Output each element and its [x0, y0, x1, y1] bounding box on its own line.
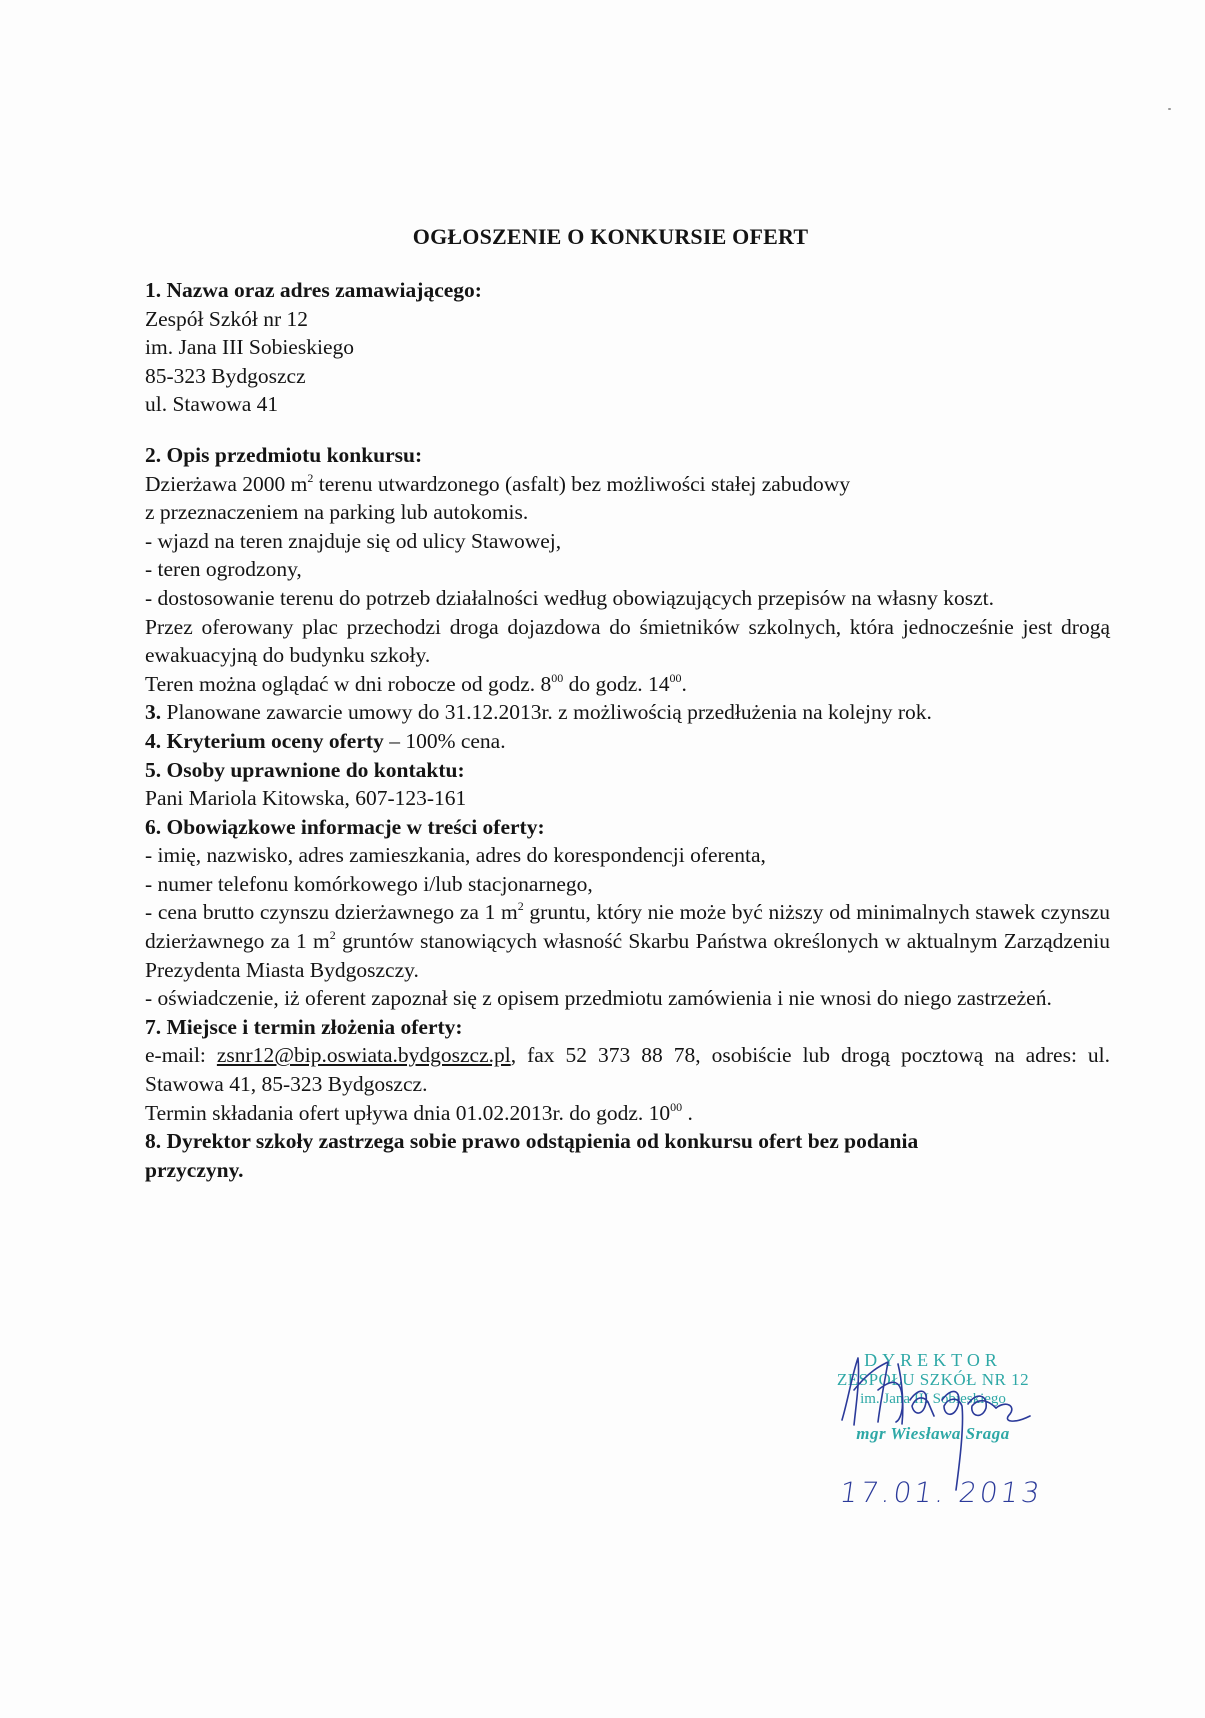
submission-deadline: Termin składania ofert upływa dnia 01.02… [145, 1099, 1110, 1128]
section-4-heading: 4. Kryterium oceny oferty [145, 729, 384, 753]
handwritten-date: 17.01. 2013 [838, 1476, 1045, 1509]
scan-speck [1168, 108, 1171, 110]
requirement-item: - numer telefonu komórkowego i/lub stacj… [145, 870, 1110, 899]
address-line: 85-323 Bydgoszcz [145, 362, 1110, 391]
submission-contact: e-mail: zsnr12@bip.oswiata.bydgoszcz.pl,… [145, 1041, 1110, 1098]
section-2-heading: 2. Opis przedmiotu konkursu: [145, 441, 1110, 470]
section-5-heading: 5. Osoby uprawnione do kontaktu: [145, 756, 1110, 785]
address-line: im. Jana III Sobieskiego [145, 333, 1110, 362]
section-1-heading: 1. Nazwa oraz adres zamawiającego: [145, 276, 1110, 305]
email-label: e-mail: [145, 1043, 217, 1067]
section-3-number: 3. [145, 700, 161, 724]
lease-description: Dzierżawa 2000 m2 terenu utwardzonego (a… [145, 470, 1110, 499]
viewing-text: do godz. 14 [563, 672, 669, 696]
contact-person: Pani Mariola Kitowska, 607-123-161 [145, 784, 1110, 813]
email-link[interactable]: zsnr12@bip.oswiata.bydgoszcz.pl [217, 1043, 511, 1067]
lease-purpose: z przeznaczeniem na parking lub autokomi… [145, 498, 1110, 527]
road-note: Przez oferowany plac przechodzi droga do… [145, 613, 1110, 670]
section-3-text: Planowane zawarcie umowy do 31.12.2013r.… [161, 700, 932, 724]
section-7-heading: 7. Miejsce i termin złożenia oferty: [145, 1013, 1110, 1042]
superscript: 00 [551, 671, 563, 685]
requirement-item: - imię, nazwisko, adres zamieszkania, ad… [145, 841, 1110, 870]
address-line: Zespół Szkół nr 12 [145, 305, 1110, 334]
document-page: OGŁOSZENIE O KONKURSIE OFERT 1. Nazwa or… [0, 0, 1205, 1718]
section-6-heading: 6. Obowiązkowe informacje w treści ofert… [145, 813, 1110, 842]
document-body: 1. Nazwa oraz adres zamawiającego: Zespó… [145, 276, 1110, 1184]
deadline-text: . [682, 1101, 693, 1125]
requirement-item: - oświadczenie, iż oferent zapoznał się … [145, 984, 1110, 1013]
section-4-text: – 100% cena. [384, 729, 506, 753]
viewing-text: . [682, 672, 687, 696]
viewing-hours: Teren można oglądać w dni robocze od god… [145, 670, 1110, 699]
section-8-text: przyczyny. [145, 1156, 1110, 1185]
lease-text: Dzierżawa 2000 m [145, 472, 307, 496]
viewing-text: Teren można oglądać w dni robocze od god… [145, 672, 551, 696]
document-title: OGŁOSZENIE O KONKURSIE OFERT [0, 224, 1205, 250]
bullet-item: - dostosowanie terenu do potrzeb działal… [145, 584, 1110, 613]
section-4: 4. Kryterium oceny oferty – 100% cena. [145, 727, 1110, 756]
address-line: ul. Stawowa 41 [145, 390, 1110, 419]
bullet-item: - wjazd na teren znajduje się od ulicy S… [145, 527, 1110, 556]
requirement-item: - cena brutto czynszu dzierżawnego za 1 … [145, 898, 1110, 984]
superscript: 00 [670, 1100, 682, 1114]
bullet-item: - teren ogrodzony, [145, 555, 1110, 584]
deadline-text: Termin składania ofert upływa dnia 01.02… [145, 1101, 670, 1125]
section-3: 3. Planowane zawarcie umowy do 31.12.201… [145, 698, 1110, 727]
requirement-text: - cena brutto czynszu dzierżawnego za 1 … [145, 900, 518, 924]
section-8-text: 8. Dyrektor szkoły zastrzega sobie prawo… [145, 1127, 1110, 1156]
lease-text: terenu utwardzonego (asfalt) bez możliwo… [313, 472, 850, 496]
superscript: 00 [670, 671, 682, 685]
